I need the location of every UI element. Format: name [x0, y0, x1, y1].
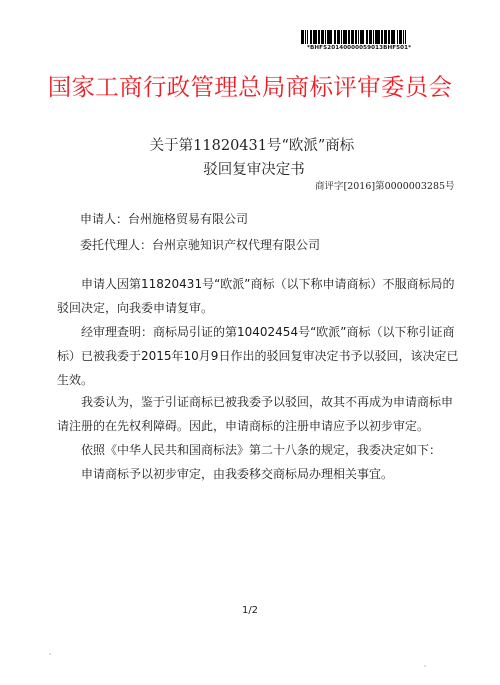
barcode-number: *BHFS20140000059013BHF501*	[307, 45, 437, 51]
paragraph-line: 申请商标予以初步审定，由我委移交商标局办理相关事宜。	[57, 462, 477, 486]
document-title-line2: 驳回复审决定书	[4, 158, 500, 179]
paragraph-line: 标）已被我委于2015年10月9日作出的驳回复审决定书予以驳回，该决定已	[57, 344, 477, 368]
paragraph-application: 申请人因第11820431号“欧派”商标（以下称申请商标）不服商标局的 驳回决定…	[57, 272, 477, 320]
paragraph-line: 驳回决定，向我委申请复审。	[57, 296, 477, 320]
paragraph-decision: 申请商标予以初步审定，由我委移交商标局办理相关事宜。	[57, 462, 477, 486]
page-number: 1/2	[0, 605, 500, 616]
paragraph-line: 经审理查明：商标局引证的第10402454号“欧派”商标（以下称引证商	[57, 320, 477, 344]
paragraph-line: 生效。	[57, 368, 477, 392]
organization-title: 国家工商行政管理总局商标评审委员会	[0, 68, 500, 102]
paragraph-legal-basis: 依照《中华人民共和国商标法》第二十八条的规定，我委决定如下：	[57, 438, 477, 462]
paragraph-line: 请注册的在先权利障碍。因此，申请商标的注册申请应予以初步审定。	[57, 414, 477, 438]
scan-speck	[49, 653, 51, 655]
document-number: 商评字[2016]第0000003285号	[315, 178, 455, 192]
agent: 委托代理人：台州京驰知识产权代理有限公司	[80, 236, 320, 253]
paragraph-line: 依照《中华人民共和国商标法》第二十八条的规定，我委决定如下：	[57, 438, 477, 462]
paragraph-reasoning: 我委认为，鉴于引证商标已被我委予以驳回，故其不再成为申请商标申 请注册的在先权利…	[57, 390, 477, 438]
barcode-icon	[301, 30, 437, 44]
paragraph-line: 我委认为，鉴于引证商标已被我委予以驳回，故其不再成为申请商标申	[57, 390, 477, 414]
barcode: *BHFS20140000059013BHF501*	[297, 30, 437, 54]
scan-speck	[424, 665, 426, 667]
applicant: 申请人：台州施格贸易有限公司	[80, 210, 248, 227]
paragraph-findings: 经审理查明：商标局引证的第10402454号“欧派”商标（以下称引证商 标）已被…	[57, 320, 477, 392]
document-title-line1: 关于第11820431号“欧派”商标	[2, 134, 500, 155]
paragraph-line: 申请人因第11820431号“欧派”商标（以下称申请商标）不服商标局的	[57, 272, 477, 296]
